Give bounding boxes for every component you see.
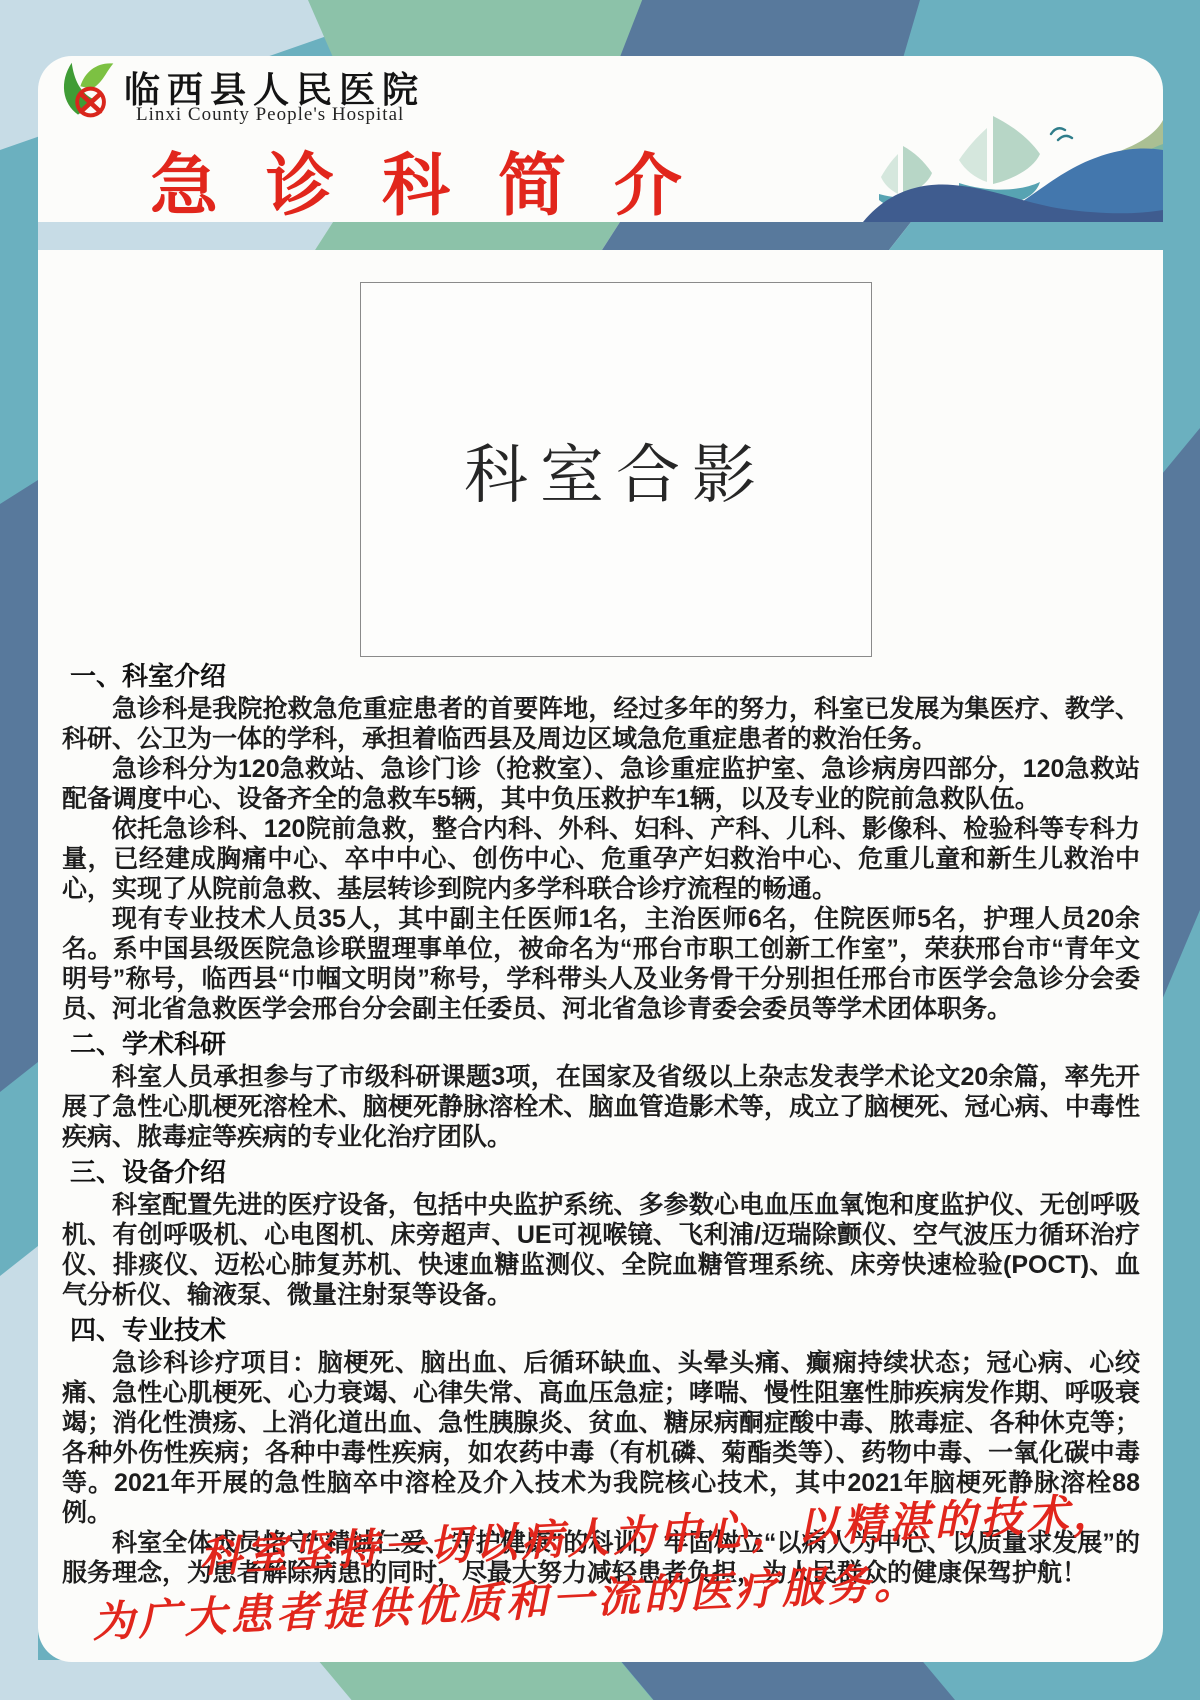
poster-card: 临西县人民医院 Linxi County People's Hospital 急… — [38, 56, 1163, 1662]
body-paragraph: 急诊科是我院抢救急危重症患者的首要阵地，经过多年的努力，科室已发展为集医疗、教学… — [62, 694, 1140, 754]
left-lightblue-band — [0, 1242, 38, 1700]
hospital-logo-icon — [54, 58, 124, 124]
body-text: 一、科室介绍 急诊科是我院抢救急危重症患者的首要阵地，经过多年的努力，科室已发展… — [62, 656, 1140, 1588]
sailboat-illustration — [841, 96, 1163, 222]
section-heading: 二、学术科研 — [62, 1029, 1140, 1059]
bottom-sage-parallelogram — [318, 1660, 653, 1700]
top-sage-parallelogram — [308, 0, 646, 62]
section-heading: 三、设备介绍 — [62, 1157, 1140, 1187]
divider-band — [38, 222, 1163, 250]
body-paragraph: 科室人员承担参与了市级科研课题3项，在国家及省级以上杂志发表学术论文20余篇，率… — [62, 1062, 1140, 1152]
right-slate-band — [1162, 428, 1200, 1000]
hospital-name-en: Linxi County People's Hospital — [136, 104, 404, 126]
body-paragraph: 现有专业技术人员35人，其中副主任医师1名，主治医师6名，住院医师5名，护理人员… — [62, 904, 1140, 1024]
bottom-slate-parallelogram — [620, 1660, 955, 1700]
photo-placeholder-box: 科室合影 — [360, 282, 872, 657]
section-heading: 四、专业技术 — [62, 1315, 1140, 1345]
body-paragraph: 急诊科分为120急救站、急诊门诊（抢救室）、急诊重症监护室、急诊病房四部分，12… — [62, 754, 1140, 814]
top-slate-parallelogram — [618, 0, 920, 62]
body-paragraph: 依托急诊科、120院前急救，整合内科、外科、妇科、产科、儿科、影像科、检验科等专… — [62, 814, 1140, 904]
bottom-lightblue-band — [0, 1660, 365, 1700]
page-title: 急诊科简介 — [150, 132, 730, 229]
body-paragraph: 科室配置先进的医疗设备，包括中央监护系统、多参数心电血压血氧饱和度监护仪、无创呼… — [62, 1190, 1140, 1310]
section-heading: 一、科室介绍 — [62, 661, 1140, 691]
left-slate-band — [0, 472, 38, 1092]
photo-placeholder-label: 科室合影 — [464, 424, 768, 516]
